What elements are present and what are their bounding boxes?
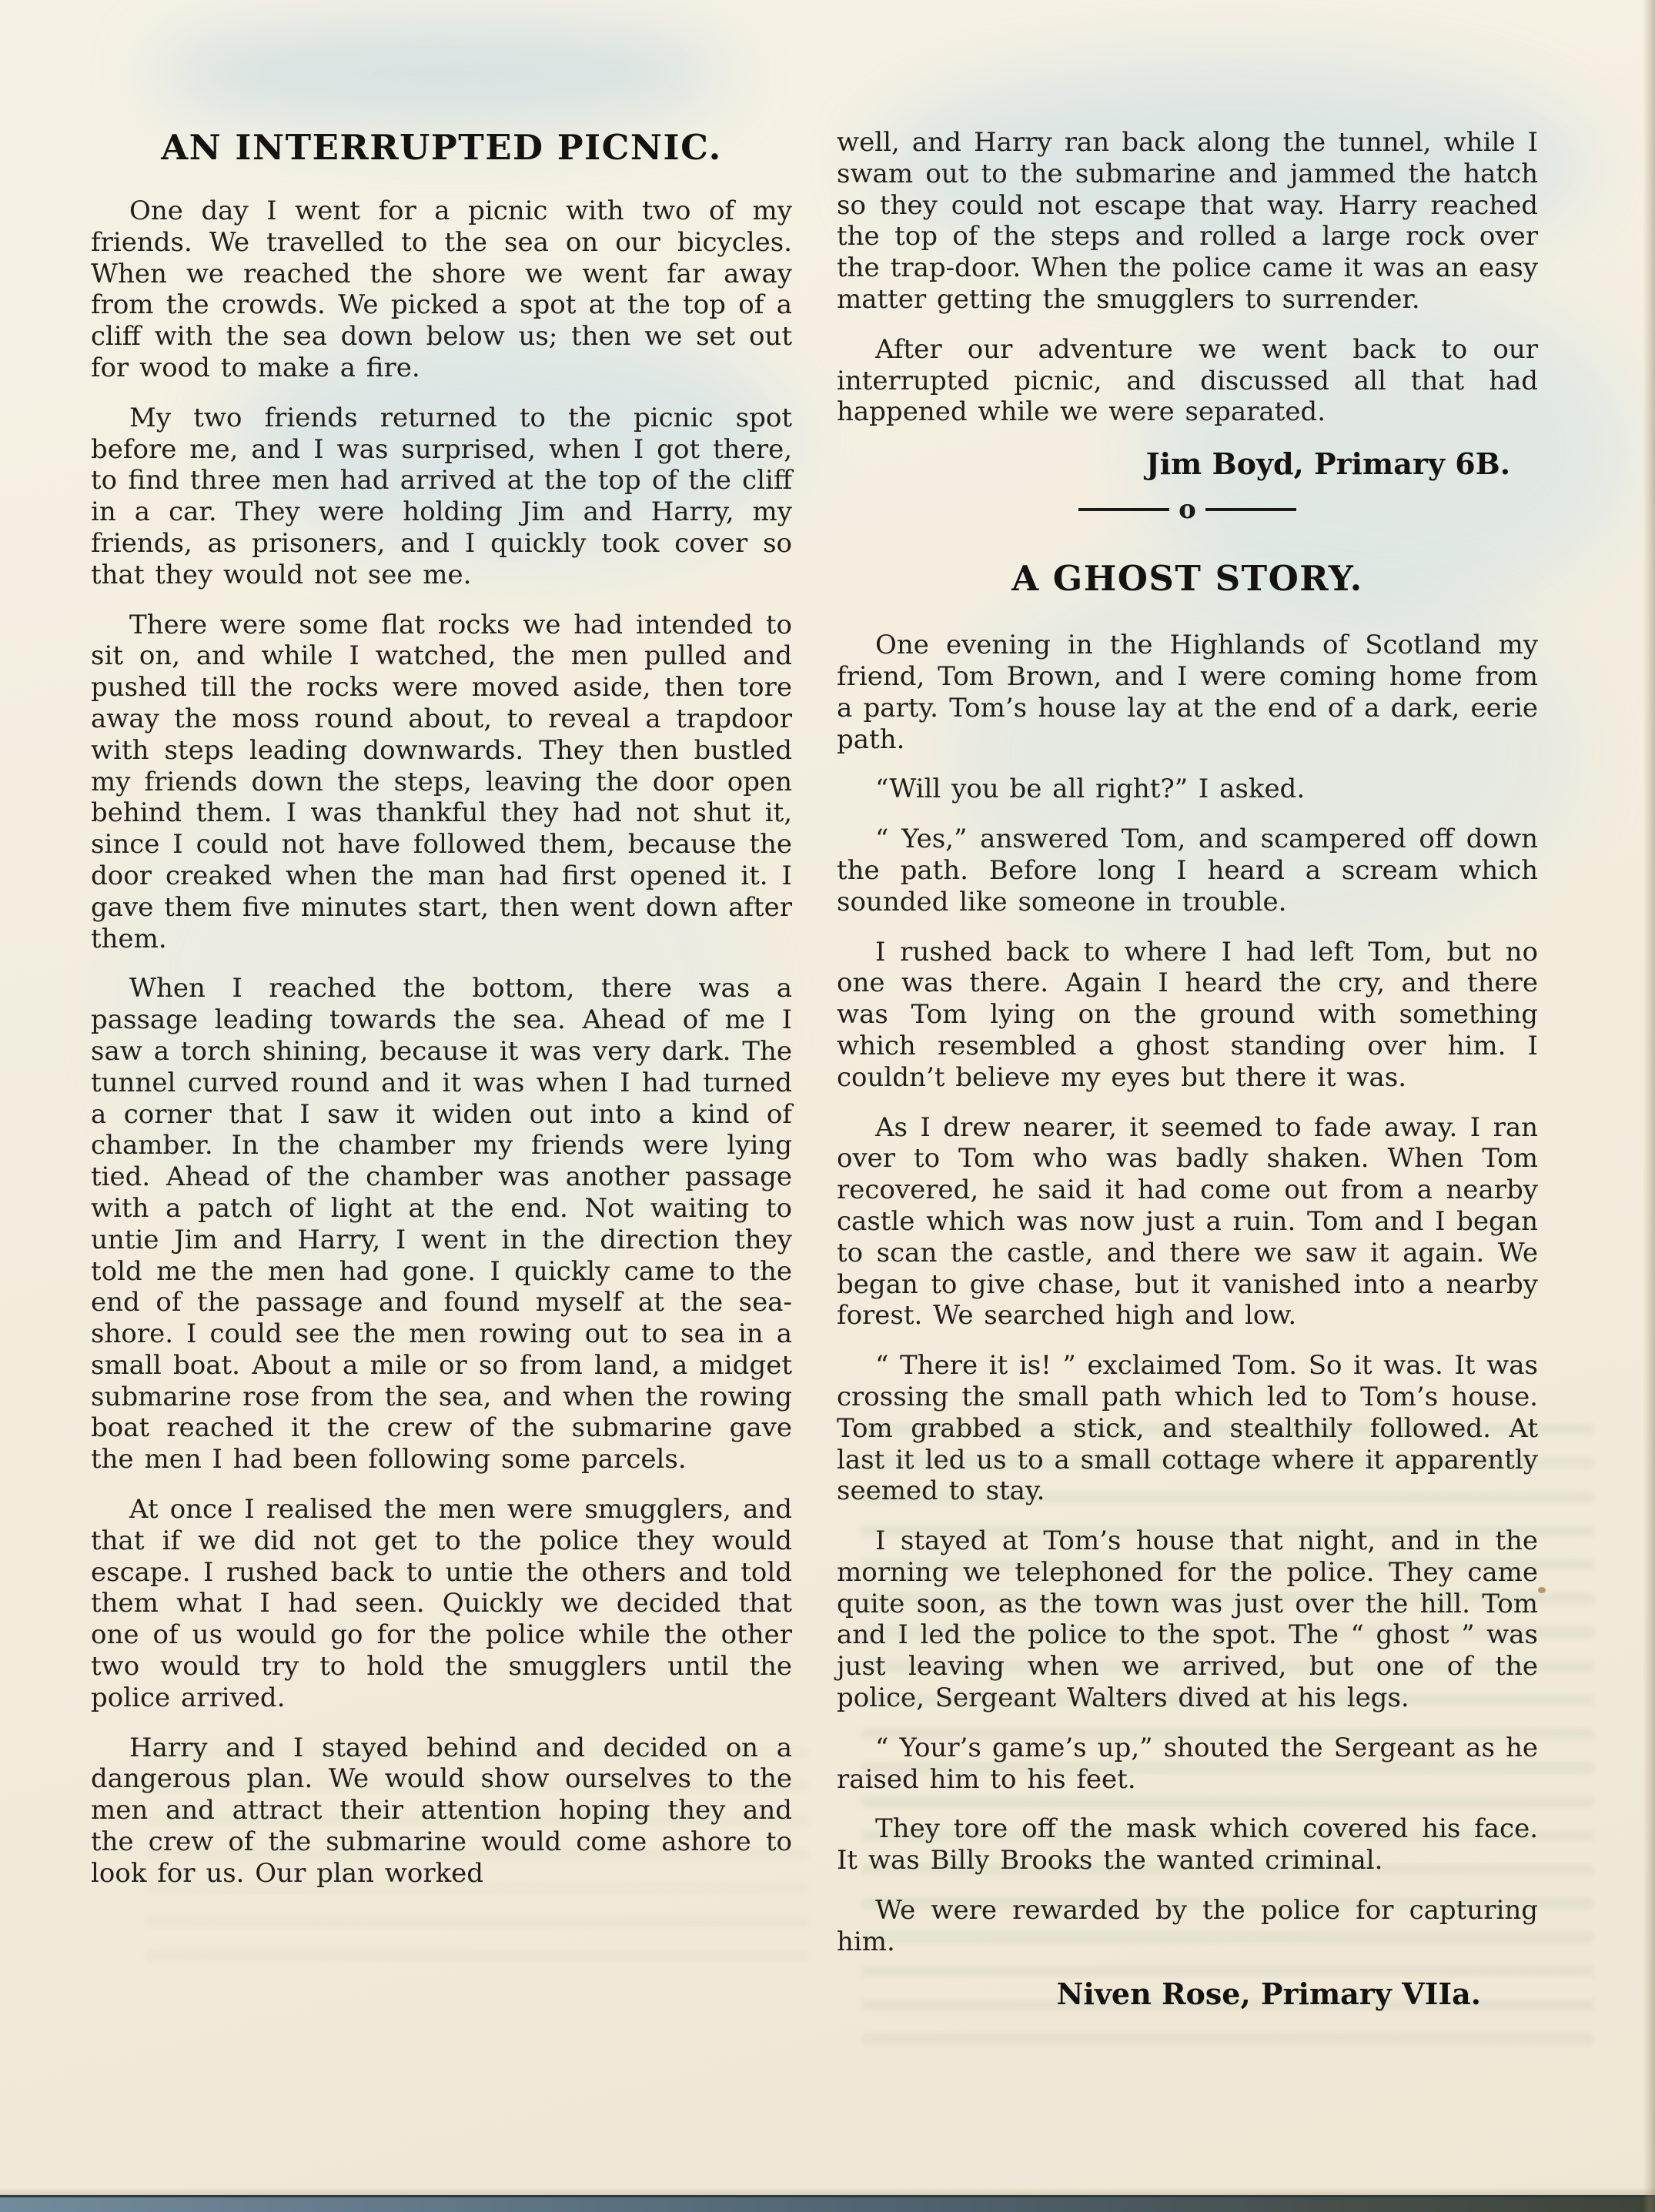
- paragraph: My two friends returned to the picnic sp…: [91, 403, 792, 591]
- show-through-stain-1: [154, 23, 724, 123]
- paragraph: I stayed at Tom’s house that night, and …: [837, 1525, 1538, 1714]
- paragraph: When I reached the bottom, there was a p…: [91, 973, 792, 1475]
- paragraph: As I drew nearer, it seemed to fade away…: [837, 1112, 1538, 1332]
- left-column: AN INTERRUPTED PICNIC. One day I went fo…: [91, 127, 792, 1908]
- paragraph: I rushed back to where I had left Tom, b…: [837, 937, 1538, 1094]
- paragraph: Harry and I stayed behind and decided on…: [91, 1733, 792, 1890]
- paragraph: They tore off the mask which covered his…: [837, 1813, 1538, 1876]
- divider-rule-right: [1205, 508, 1296, 511]
- two-column-layout: AN INTERRUPTED PICNIC. One day I went fo…: [91, 127, 1538, 2027]
- magazine-page: AN INTERRUPTED PICNIC. One day I went fo…: [0, 0, 1655, 2212]
- divider-o-glyph: o: [1179, 496, 1196, 523]
- byline-niven-rose: Niven Rose, Primary VIIa.: [837, 1976, 1538, 2011]
- paragraph: “ Your’s game’s up,” shouted the Sergean…: [837, 1733, 1538, 1796]
- paragraph: “ There it is! ” exclaimed Tom. So it wa…: [837, 1350, 1538, 1507]
- page-edge-shadow: [1643, 0, 1655, 2212]
- paragraph: “Will you be all right?” I asked.: [837, 774, 1538, 805]
- paragraph: We were rewarded by the police for captu…: [837, 1895, 1538, 1958]
- paper-speck: [1538, 1587, 1546, 1593]
- paragraph: One evening in the Highlands of Scotland…: [837, 630, 1538, 755]
- paragraph-continuation: well, and Harry ran back along the tunne…: [837, 127, 1538, 316]
- page-bottom-shadow: [0, 2187, 1655, 2195]
- paragraph: After our adventure we went back to our …: [837, 334, 1538, 428]
- paragraph: “ Yes,” answered Tom, and scampered off …: [837, 824, 1538, 917]
- section-divider: o: [837, 496, 1538, 523]
- paragraph: At once I realised the men were smuggler…: [91, 1494, 792, 1714]
- byline-jim-boyd: Jim Boyd, Primary 6B.: [837, 446, 1538, 481]
- paragraph: There were some flat rocks we had intend…: [91, 610, 792, 955]
- story-title-interrupted-picnic: AN INTERRUPTED PICNIC.: [91, 127, 792, 168]
- right-column: well, and Harry ran back along the tunne…: [837, 127, 1538, 2027]
- story-title-ghost-story: A GHOST STORY.: [837, 558, 1538, 599]
- divider-rule-left: [1078, 508, 1169, 511]
- paragraph: One day I went for a picnic with two of …: [91, 195, 792, 384]
- scan-edge-band: [0, 2195, 1655, 2212]
